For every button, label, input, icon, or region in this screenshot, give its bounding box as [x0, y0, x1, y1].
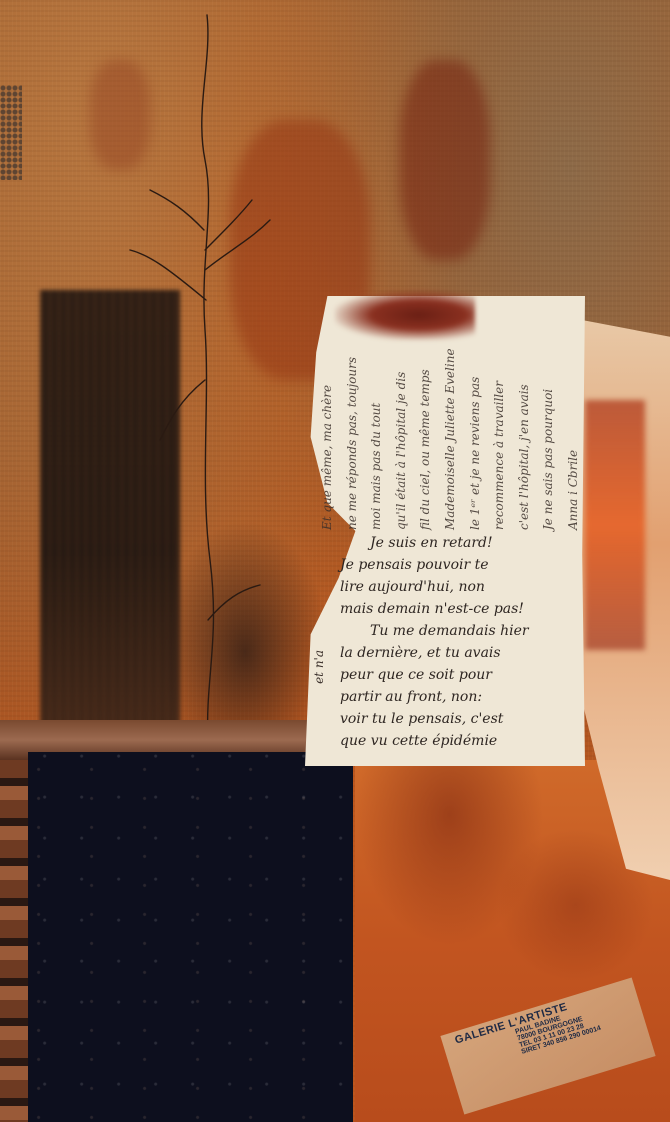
letter-line: moi mais pas du tout [369, 300, 383, 530]
letter-line: fil du ciel, ou même temps [418, 300, 432, 530]
letter-line: partir au front, non: [340, 686, 580, 708]
left-textured-strip [0, 760, 30, 1122]
letter-line: la dernière, et tu avais [340, 642, 580, 664]
letter-vertical-writing: Anna i Cbrile Je ne sais pas pourquoi c'… [320, 300, 580, 530]
letter-line: c'est l'hôpital, j'en avais [517, 300, 531, 530]
letter-line: Je ne sais pas pourquoi [541, 300, 555, 530]
letter-margin-note: et n'a [312, 650, 326, 684]
letter-line: voir tu le pensais, c'est [340, 708, 580, 730]
letter-line: Anna i Cbrile [566, 300, 580, 530]
artwork-canvas: Anna i Cbrile Je ne sais pas pourquoi c'… [0, 0, 670, 1122]
dark-indigo-block [28, 752, 353, 1122]
letter-line: ne me réponds pas, toujours [345, 300, 359, 530]
letter-line: Mademoiselle Juliette Eveline [443, 300, 457, 530]
letter-line: que vu cette épidémie [340, 730, 580, 752]
letter-line: le 1ᵉʳ et je ne reviens pas [468, 300, 482, 530]
letter-line: Je suis en retard! [370, 532, 580, 554]
letter-line: qu'il était à l'hôpital je dis [394, 300, 408, 530]
letter-line: Tu me demandais hier [370, 620, 580, 642]
letter-line: peur que ce soit pour [340, 664, 580, 686]
letter-line: Et que même, ma chère [320, 300, 334, 530]
letter-line: lire aujourd'hui, non [340, 576, 580, 598]
letter-line: mais demain n'est-ce pas! [340, 598, 580, 620]
letter-line: recommence à travailler [492, 300, 506, 530]
letter-body: Je suis en retard! Je pensais pouvoir te… [340, 532, 580, 752]
letter-line: Je pensais pouvoir te [340, 554, 580, 576]
